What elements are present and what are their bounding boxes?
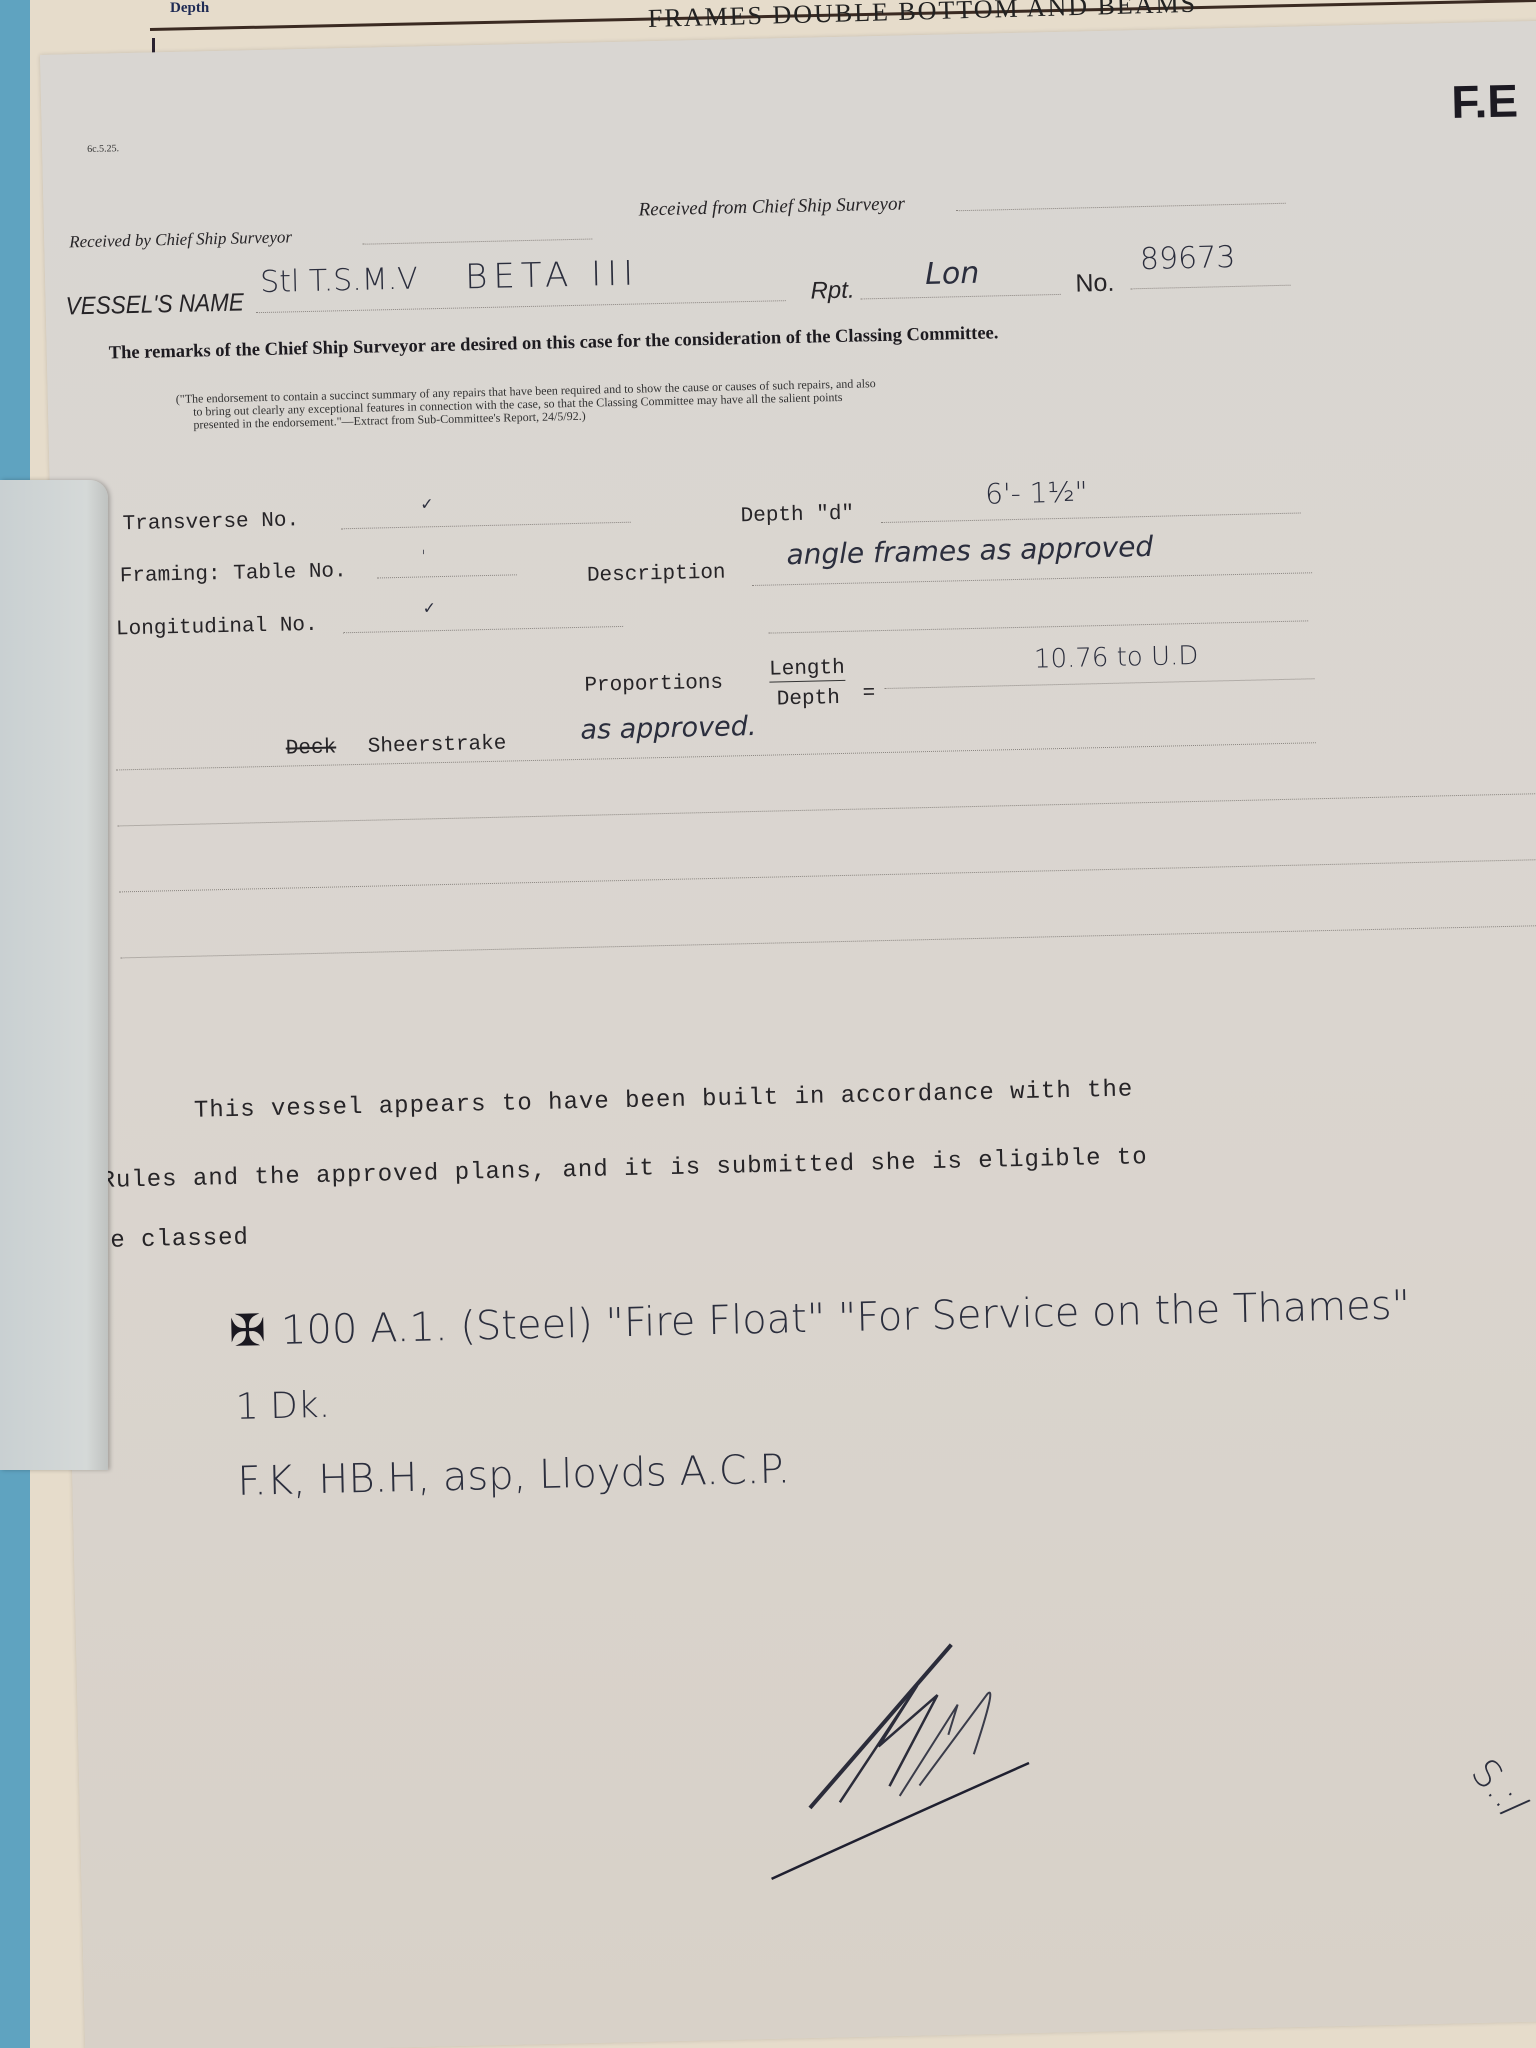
- proportions-value: 10.76 to U.D: [1034, 641, 1199, 675]
- classification-line-3: F.K, HB.H, asp, Lloyds A.C.P.: [237, 1446, 791, 1505]
- sheerstrake-label: Sheerstrake: [368, 733, 507, 759]
- proportions-line[interactable]: [885, 678, 1315, 689]
- proportions-label: Proportions: [584, 672, 723, 698]
- framing-value: ': [421, 546, 426, 565]
- rpt-value: Lon: [925, 256, 980, 292]
- classing-report-sheet: F.E 6c.5.25. Received by Chief Ship Surv…: [40, 21, 1536, 2048]
- description-value: angle frames as approved: [786, 530, 1153, 571]
- number-line[interactable]: [1131, 285, 1291, 290]
- body-line-3: be classed: [95, 1225, 250, 1255]
- longitudinal-label: Longitudinal No.: [116, 614, 318, 642]
- transverse-line[interactable]: [341, 522, 631, 530]
- received-by-line[interactable]: [362, 239, 592, 245]
- classification-line-1: 100 A.1. (Steel) "Fire Float" "For Servi…: [280, 1282, 1410, 1354]
- underlying-form-title: FRAMES DOUBLE BOTTOM AND BEAMS: [648, 0, 1198, 34]
- longitudinal-line[interactable]: [343, 626, 623, 633]
- description-line-2[interactable]: [768, 620, 1308, 633]
- depth-denominator-label: Depth: [777, 687, 841, 711]
- longitudinal-value: ✓: [422, 598, 436, 617]
- description-line[interactable]: [752, 572, 1312, 586]
- framing-label: Framing: Table No.: [120, 560, 347, 588]
- remarks-heading: The remarks of the Chief Ship Surveyor a…: [109, 323, 999, 364]
- body-line-1: This vessel appears to have been built i…: [194, 1076, 1134, 1124]
- rpt-line[interactable]: [861, 294, 1061, 300]
- blank-line-3[interactable]: [120, 925, 1536, 959]
- description-label: Description: [587, 562, 726, 588]
- number-label: No.: [1075, 269, 1115, 299]
- vessel-name-line[interactable]: [256, 300, 786, 313]
- received-by-label: Received by Chief Ship Surveyor: [69, 227, 292, 252]
- vessel-name-value: BETA III: [465, 253, 640, 297]
- classification-line-2: 1 Dk.: [235, 1385, 330, 1428]
- vessel-name-label: VESSEL'S NAME: [65, 288, 244, 321]
- folded-page-flap[interactable]: [0, 480, 108, 1470]
- depth-line[interactable]: [881, 513, 1301, 524]
- maltese-cross-icon: ✠: [228, 1305, 266, 1360]
- blank-line-1[interactable]: [117, 793, 1536, 827]
- received-from-label: Received from Chief Ship Surveyor: [638, 193, 905, 221]
- blank-line-2[interactable]: [119, 859, 1536, 893]
- signature-icon: [756, 1632, 1062, 1889]
- received-from-line[interactable]: [956, 203, 1286, 211]
- depth-value: 6'- 1½": [985, 475, 1088, 510]
- depth-label: Depth "d": [740, 503, 854, 529]
- proportions-equals: =: [862, 682, 875, 705]
- form-code: F.E: [1451, 73, 1519, 128]
- underlying-depth-label: Depth: [170, 0, 209, 17]
- print-reference: 6c.5.25.: [87, 143, 119, 155]
- length-label: Length: [769, 657, 845, 683]
- transverse-label: Transverse No.: [122, 509, 299, 536]
- body-line-2: Rules and the approved plans, and it is …: [100, 1144, 1148, 1195]
- rpt-label: Rpt.: [810, 277, 855, 306]
- sheerstrake-value: as approved.: [580, 711, 757, 746]
- vessel-name-prefix: Stl T.S.M.V: [260, 261, 418, 300]
- surveyor-initials: S.:/: [1463, 1750, 1536, 1825]
- number-value: 89673: [1140, 240, 1236, 277]
- deck-label-struck: Deck: [286, 736, 337, 760]
- transverse-value: ✓: [420, 494, 434, 513]
- framing-line[interactable]: [377, 574, 517, 578]
